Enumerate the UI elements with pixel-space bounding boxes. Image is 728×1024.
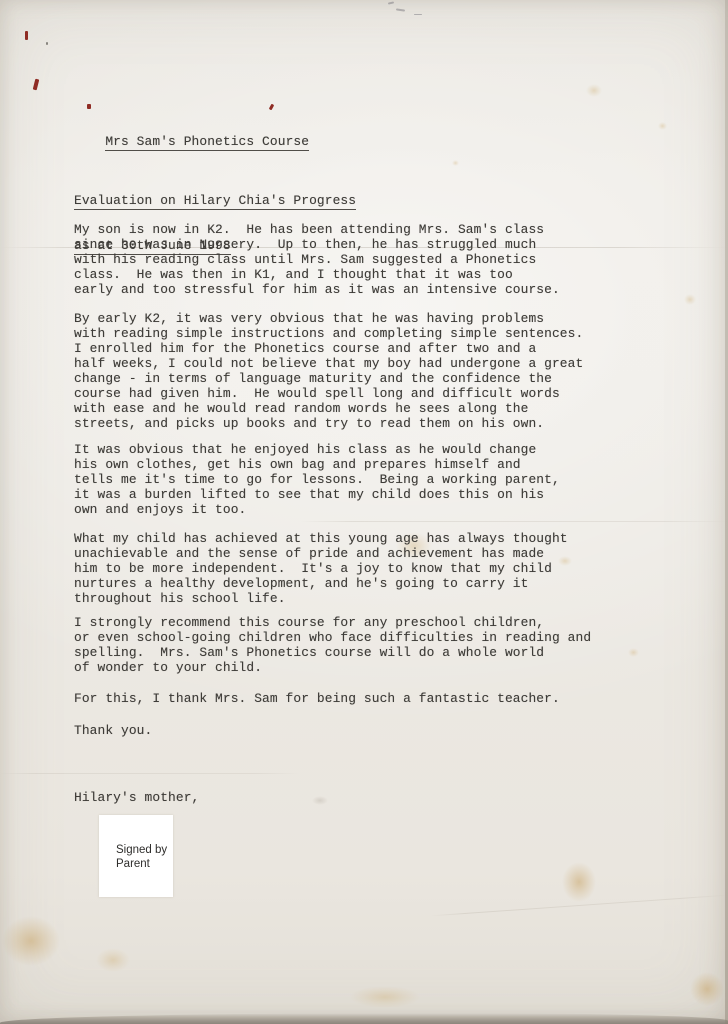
paper-stain [684,294,696,305]
red-ink-mark [269,104,274,111]
paper-stain [586,84,602,97]
subheading-line-1: Evaluation on Hilary Chia's Progress [74,193,356,210]
crease-line [300,521,728,522]
scanned-letter-page: Mrs Sam's Phonetics Course Evaluation on… [0,0,728,1024]
crease-line [430,895,727,917]
signoff-line: Hilary's mother, [74,790,199,805]
paper-stain [690,972,724,1006]
signature-box: Signed by Parent [99,815,173,897]
pencil-mark [46,42,48,45]
scan-bottom-edge [0,1013,728,1024]
crease-line [0,773,300,774]
paragraph-3: It was obvious that he enjoyed his class… [74,442,560,517]
red-ink-mark [87,104,91,109]
paper-stain [350,986,420,1008]
document-heading-text: Mrs Sam's Phonetics Course [105,134,309,151]
paper-stain [2,916,60,966]
closing-line: For this, I thank Mrs. Sam for being suc… [74,691,560,706]
paragraph-4: What my child has achieved at this young… [74,531,568,606]
paper-stain [562,862,596,902]
paper-smudge [312,796,328,805]
pencil-mark [388,1,394,4]
red-ink-mark [25,31,28,40]
thank-you-line: Thank you. [74,723,152,738]
paragraph-5: I strongly recommend this course for any… [74,615,591,675]
pencil-mark [396,8,405,11]
paragraph-2: By early K2, it was very obvious that he… [74,311,583,431]
paragraph-1: My son is now in K2. He has been attendi… [74,222,560,297]
pencil-mark [414,14,422,15]
signature-box-label: Signed by Parent [116,843,167,871]
red-ink-mark [33,79,40,91]
paper-stain [628,648,639,657]
document-heading: Mrs Sam's Phonetics Course [74,119,309,166]
paper-stain [96,948,130,972]
paper-stain [658,122,667,130]
paper-stain [452,160,459,166]
